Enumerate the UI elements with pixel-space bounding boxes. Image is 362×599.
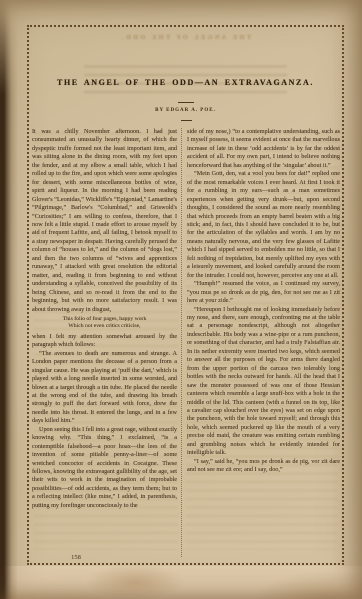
paragraph: “Mein Gott, den, vat a vool you bees for…	[187, 170, 340, 280]
paragraph: when I felt my attention somewhat arouse…	[32, 333, 177, 350]
right-column: side of my nose,) “to a contemplative un…	[181, 128, 340, 557]
scanned-book-page: THE ANGEL OF THE ODD. THE ANGEL OF THE O…	[0, 0, 362, 599]
divider-rule	[178, 102, 194, 103]
paragraph: It was a chilly November afternoon. I ha…	[32, 128, 177, 314]
paragraph: “I say,” said he, “you mos pe dronk as d…	[187, 458, 340, 475]
two-column-text-block: It was a chilly November afternoon. I ha…	[32, 128, 340, 557]
paragraph: “The avenues to death are numerous and s…	[32, 350, 177, 426]
book-gutter-shadow	[0, 0, 18, 599]
verse-quotation: This folio of four pages, happy work Whi…	[32, 316, 177, 331]
paragraph: side of my nose,) “to a contemplative un…	[187, 128, 340, 170]
paragraph: “Hereupon I bethought me of looking imme…	[187, 306, 340, 458]
decorative-page-border: THE ANGEL OF THE ODD. THE ANGEL OF THE O…	[27, 25, 344, 565]
divider-rule	[181, 120, 192, 121]
paragraph: “Humph!” resumed the voice, as I continu…	[187, 280, 340, 305]
author-byline: BY EDGAR A. POE.	[29, 108, 342, 113]
verse-line: Which not even critics criticise,	[32, 323, 177, 330]
left-column: It was a chilly November afternoon. I ha…	[32, 128, 177, 557]
page-bottom-margin	[0, 566, 362, 599]
paragraph: Upon seeing this I fell into a great rag…	[32, 426, 177, 511]
article-title: THE ANGEL OF THE ODD—AN EXTRAVAGANZA.	[29, 78, 342, 87]
bleed-through-running-head: THE ANGEL OF THE ODD.	[29, 34, 342, 41]
